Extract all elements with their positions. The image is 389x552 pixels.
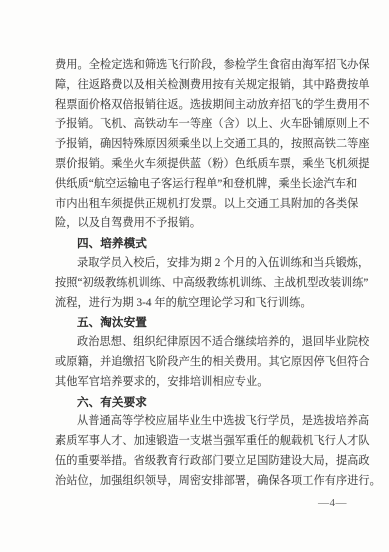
- doc-line: 政治思想、组织纪律原因不适合继续培养的，退回毕业院校: [55, 333, 357, 353]
- doc-line: 录取学员入校后，安排为期 2 个月的入伍训练和当兵锻炼，: [55, 254, 357, 274]
- document-page: 费用。全检定选和筛选飞行阶段，参检学生食宿由海军招飞办保 障，往返路费以及相关检…: [0, 0, 389, 552]
- doc-line: 或原籍，并追缴招飞阶段产生的相关费用。其它原因停飞但符合: [55, 353, 357, 373]
- doc-line: 治站位，加强组织领导，周密安排部署，确保各项工作有序进行。: [55, 472, 357, 492]
- section-heading-elimination-placement: 五、淘汰安置: [55, 313, 357, 333]
- doc-line: 供纸质“航空运输电子客运行程单”和登机牌，乘坐长途汽车和: [55, 175, 357, 195]
- doc-line: 素质军事人才、加速锻造一支堪当强军重任的舰载机飞行人才队: [55, 432, 357, 452]
- doc-line: 费用。全检定选和筛选飞行阶段，参检学生食宿由海军招飞办保: [55, 56, 357, 76]
- doc-line: 票价报销。乘坐火车须提供蓝（粉）色纸质车票，乘坐飞机须提: [55, 155, 357, 175]
- document-body: 费用。全检定选和筛选飞行阶段，参检学生食宿由海军招飞办保 障，往返路费以及相关检…: [55, 56, 357, 511]
- doc-line: 险，以及自驾费用不予报销。: [55, 214, 357, 234]
- page-number: —4—: [55, 495, 347, 511]
- doc-line: 流程，进行为期 3-4 年的航空理论学习和飞行训练。: [55, 294, 357, 314]
- doc-line: 予报销。飞机、高铁动车一等座（含）以上、火车卧铺原则上不: [55, 115, 357, 135]
- doc-line: 障，往返路费以及相关检测费用按有关规定报销，其中路费按单: [55, 76, 357, 96]
- doc-line: 其他军官培养要求的，安排培训相应专业。: [55, 373, 357, 393]
- doc-line: 市内出租车须提供正规机打发票。以上交通工具附加的各类保: [55, 195, 357, 215]
- section-heading-training-mode: 四、培养模式: [55, 234, 357, 254]
- doc-line: 程票面价格双倍报销往返。选拔期间主动放弃招飞的学生费用不: [55, 96, 357, 116]
- doc-line: 予报销，确因特殊原因须乘坐以上交通工具的，按照高铁二等座: [55, 135, 357, 155]
- doc-line: 从普通高等学校应届毕业生中选拔飞行学员，是选拔培养高: [55, 412, 357, 432]
- section-heading-requirements: 六、有关要求: [55, 393, 357, 413]
- doc-line: 伍的重要举措。省级教育行政部门要立足国防建设大局，提高政: [55, 452, 357, 472]
- doc-line: 按照“初级教练机训练、中高级教练机训练、主战机型改装训练”: [55, 274, 357, 294]
